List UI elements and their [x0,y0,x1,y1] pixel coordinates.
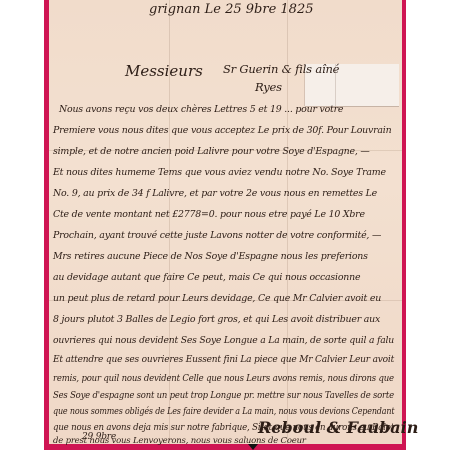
body-line: que nous sommes obligés de Les faire dev… [53,406,394,417]
body-line: No. 9, au prix de 34 f Lalivre, et par v… [53,188,377,199]
body-line: simple, et de notre ancien poid Lalivre … [53,146,370,157]
letter-paper: grignan Le 25 9bre 1825 Messieurs Sr Gue… [49,0,402,444]
letter-salutation: Messieurs [125,62,203,80]
body-line: Premiere vous nous dites que vous accept… [53,125,391,136]
body-line: Cte de vente montant net £2778=0. pour n… [53,209,365,220]
body-line: 8 jours plutot 3 Balles de Legio fort gr… [53,314,380,325]
addressee-line-1: Sr Guerin & fils aîné [223,62,339,76]
body-line: ouvrieres qui nous devident Ses Soye Lon… [53,335,394,346]
footnote-date: 29 9bre [82,432,116,442]
signature: Reboul & Faubain [258,418,418,437]
letter-date: grignan Le 25 9bre 1825 [149,2,314,17]
body-line: au devidage autant que faire Ce peut, ma… [53,272,360,283]
body-line: Prochain, ayant trouvé cette juste Lavon… [53,230,381,241]
body-line: Nous avons reçu vos deux chères Lettres … [59,104,343,115]
body-line: Mrs retires aucune Piece de Nos Soye d'E… [53,251,368,262]
addressee-line-2: Ryes [255,80,282,94]
body-line: Et nous dites humeme Tems que vous aviez… [53,167,386,178]
body-line: un peut plus de retard pour Leurs devida… [53,293,381,304]
arrow-marker-icon [248,444,258,450]
body-line: remis, pour quil nous devident Celle que… [53,373,394,384]
body-line: Ses Soye d'espagne sont un peut trop Lon… [53,390,394,401]
body-line: Et attendre que ses ouvrieres Eussent fi… [53,354,394,365]
